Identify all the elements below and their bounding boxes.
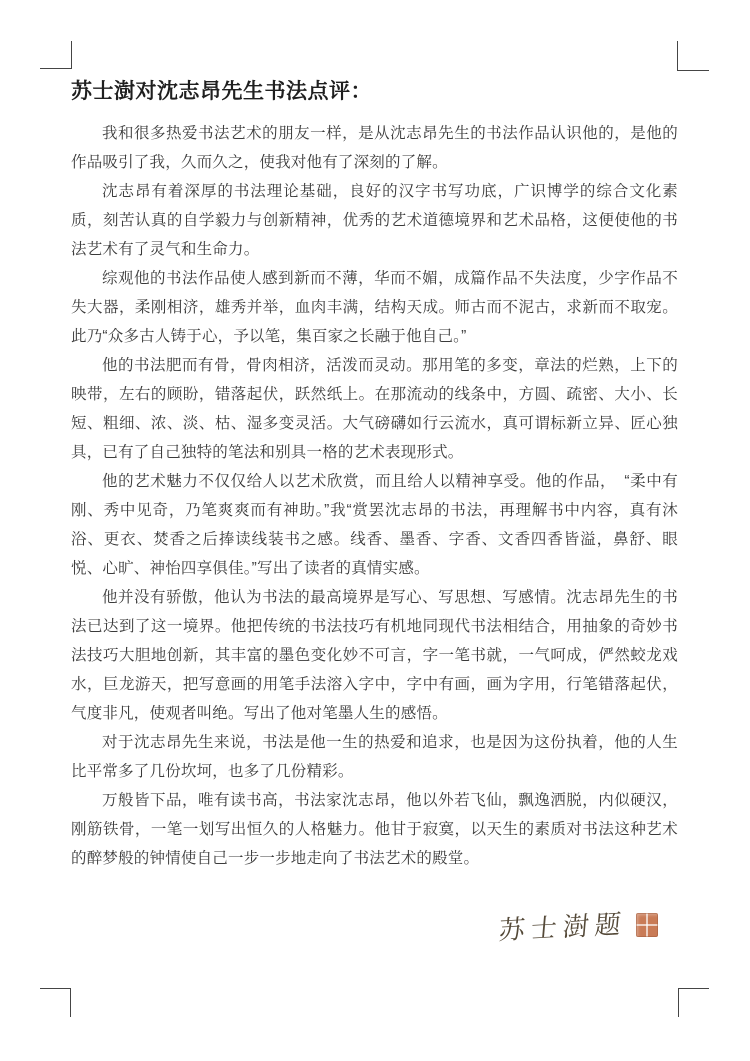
signature-text: 苏士澍题	[497, 903, 628, 947]
paragraph: 对于沈志昂先生来说，书法是他一生的热爱和追求，也是因为这份执着，他的人生比平常多…	[71, 728, 678, 786]
crop-mark-bottom-left	[40, 988, 71, 1017]
document-title: 苏士澍对沈志昂先生书法点评：	[71, 78, 678, 105]
paragraph: 综观他的书法作品使人感到新而不薄，华而不媚，成篇作品不失法度，少字作品不失大器，…	[71, 264, 678, 351]
crop-mark-bottom-right	[678, 988, 709, 1017]
document-body: 苏士澍对沈志昂先生书法点评： 我和很多热爱书法艺术的朋友一样，是从沈志昂先生的书…	[71, 78, 678, 873]
paragraph: 他的艺术魅力不仅仅给人以艺术欣赏，而且给人以精神享受。他的作品， “柔中有刚、秀…	[71, 467, 678, 583]
paragraph: 沈志昂有着深厚的书法理论基础，良好的汉字书写功底，广识博学的综合文化素质，刻苦认…	[71, 177, 678, 264]
paragraph: 万般皆下品，唯有读书高，书法家沈志昂，他以外若飞仙，飘逸洒脱，内似硬汉，刚筋铁骨…	[71, 786, 678, 873]
red-seal-stamp-icon	[636, 913, 658, 937]
crop-mark-top-left	[40, 41, 72, 69]
crop-mark-top-right	[677, 41, 709, 71]
signature-block: 苏士澍题	[499, 901, 658, 949]
document-page: 苏士澍对沈志昂先生书法点评： 我和很多热爱书法艺术的朋友一样，是从沈志昂先生的书…	[0, 0, 750, 1061]
paragraph: 我和很多热爱书法艺术的朋友一样，是从沈志昂先生的书法作品认识他的，是他的作品吸引…	[71, 119, 678, 177]
paragraph: 他并没有骄傲，他认为书法的最高境界是写心、写思想、写感情。沈志昂先生的书法已达到…	[71, 583, 678, 728]
paragraph: 他的书法肥而有骨，骨肉相济，活泼而灵动。那用笔的多变，章法的烂熟，上下的映带，左…	[71, 351, 678, 467]
